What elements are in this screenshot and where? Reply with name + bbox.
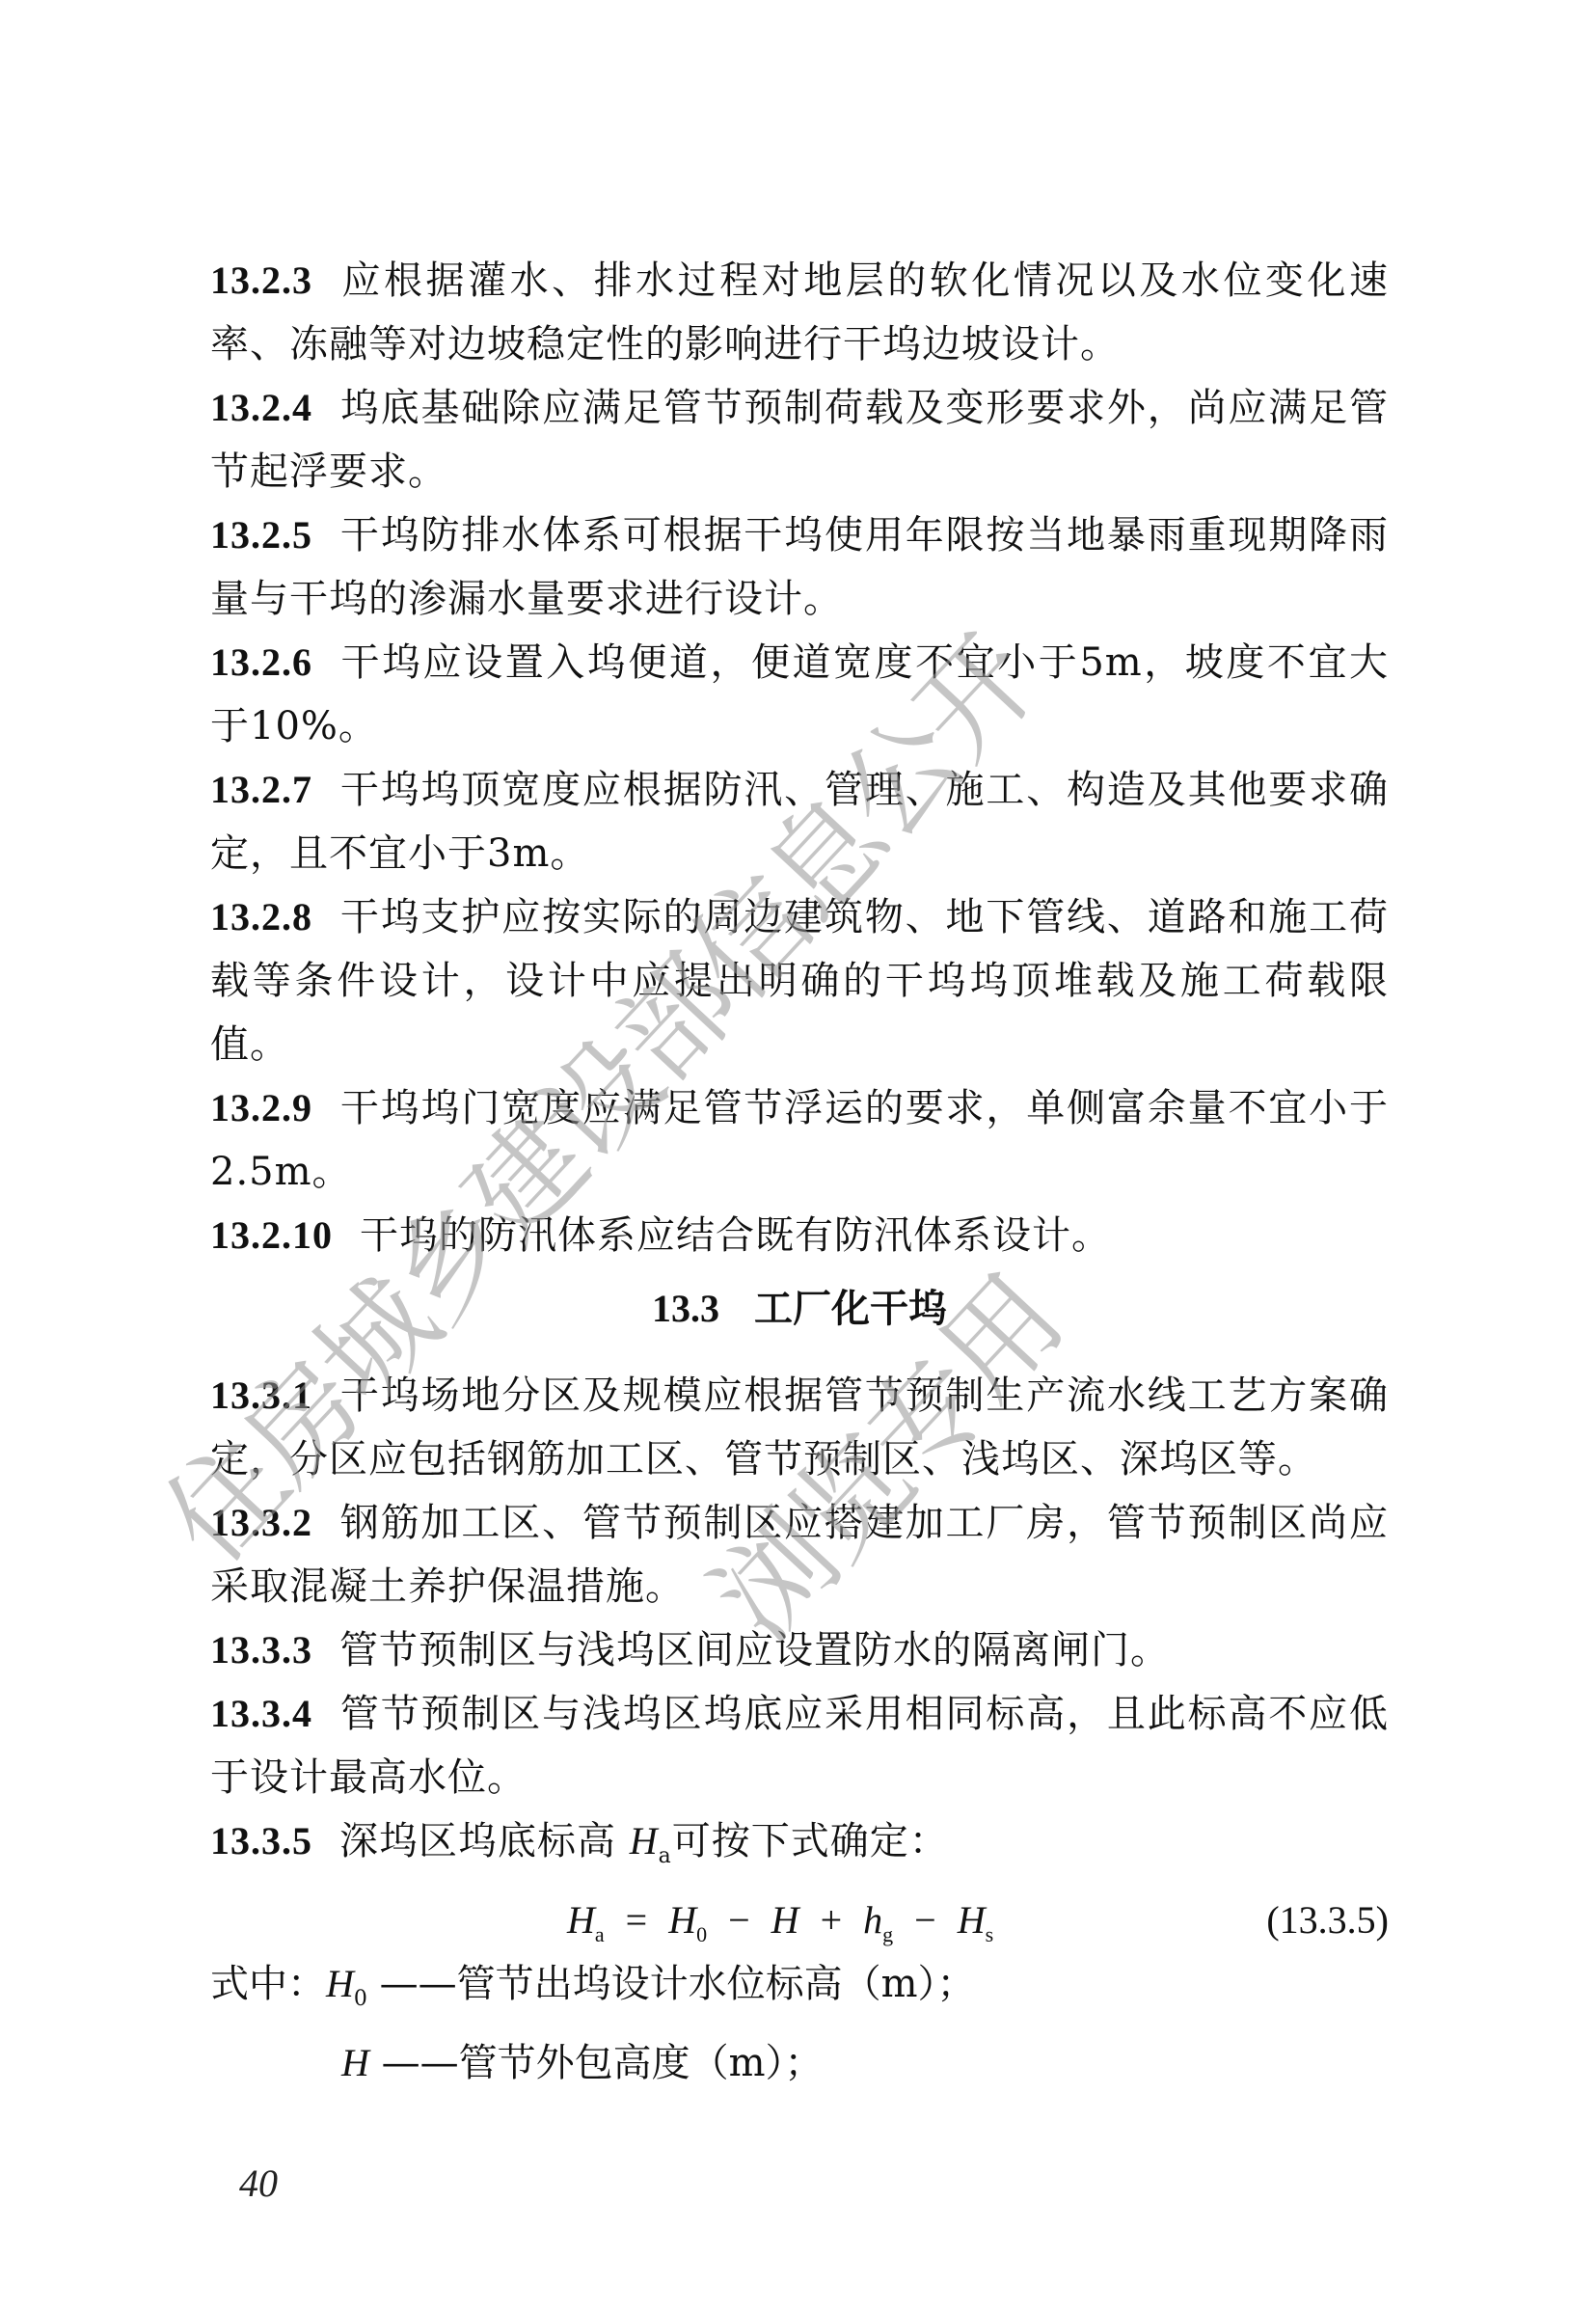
- where-item: H ——管节外包高度（m）；: [210, 2031, 1389, 2095]
- where-dash: ——: [382, 2041, 459, 2085]
- clause-13-2-9: 13.2.9干坞坞门宽度应满足管节浮运的要求，单侧富余量不宜小于2.5m。: [210, 1076, 1389, 1204]
- clause-text: 干坞应设置入坞便道，便道宽度不宜小于5m，坡度不宜大于10%。: [210, 640, 1389, 748]
- clause-number: 13.3.2: [210, 1501, 312, 1544]
- clause-13-2-5: 13.2.5干坞防排水体系可根据干坞使用年限按当地暴雨重现期降雨量与干坞的渗漏水…: [210, 503, 1389, 631]
- clause-number: 13.2.10: [210, 1213, 333, 1257]
- variable-subscript: a: [659, 1844, 672, 1868]
- formula-var: H: [668, 1898, 696, 1942]
- where-dash: ——: [380, 1962, 457, 2006]
- formula: Ha = H0 − H + hg − Hs: [567, 1889, 993, 1967]
- formula-sub: s: [986, 1922, 994, 1946]
- where-prefix: 式中：: [210, 1962, 326, 2006]
- clause-text: 可按下式确定：: [672, 1819, 949, 1863]
- section-number: 13.3: [652, 1287, 719, 1330]
- section-title: 工厂化干坞: [754, 1286, 947, 1331]
- formula-var: H: [771, 1898, 799, 1942]
- document-page: 13.2.3应根据灌水、排水过程对地层的软化情况以及水位变化速率、冻融等对边坡稳…: [0, 0, 1596, 2311]
- clause-13-2-4: 13.2.4坞底基础除应满足管节预制荷载及变形要求外，尚应满足管节起浮要求。: [210, 376, 1389, 503]
- clause-text: 干坞支护应按实际的周边建筑物、地下管线、道路和施工荷载等条件设计，设计中应提出明…: [210, 895, 1389, 1067]
- clause-number: 13.2.8: [210, 895, 312, 938]
- equation-13-3-5: Ha = H0 − H + hg − Hs (13.3.5): [210, 1889, 1389, 1952]
- clause-text: 干坞场地分区及规模应根据管节预制生产流水线工艺方案确定，分区应包括钢筋加工区、管…: [210, 1373, 1389, 1482]
- clause-number: 13.3.5: [210, 1819, 312, 1862]
- minus-sign: −: [728, 1898, 750, 1942]
- clause-13-2-3: 13.2.3应根据灌水、排水过程对地层的软化情况以及水位变化速率、冻融等对边坡稳…: [210, 249, 1389, 376]
- where-var: H: [341, 2041, 369, 2084]
- clause-13-3-5: 13.3.5深坞区坞底标高 Ha可按下式确定：: [210, 1809, 1389, 1889]
- clause-13-3-4: 13.3.4管节预制区与浅坞区坞底应采用相同标高，且此标高不应低于设计最高水位。: [210, 1682, 1389, 1809]
- clause-text: 应根据灌水、排水过程对地层的软化情况以及水位变化速率、冻融等对边坡稳定性的影响进…: [210, 258, 1389, 367]
- clause-number: 13.3.3: [210, 1628, 312, 1672]
- clause-13-2-7: 13.2.7干坞坞顶宽度应根据防汛、管理、施工、构造及其他要求确定，且不宜小于3…: [210, 758, 1389, 885]
- clause-text: 管节预制区与浅坞区坞底应采用相同标高，且此标高不应低于设计最高水位。: [210, 1692, 1389, 1800]
- page-content: 13.2.3应根据灌水、排水过程对地层的软化情况以及水位变化速率、冻融等对边坡稳…: [210, 249, 1389, 2095]
- formula-var: H: [958, 1898, 986, 1942]
- clause-text: 干坞防排水体系可根据干坞使用年限按当地暴雨重现期降雨量与干坞的渗漏水量要求进行设…: [210, 513, 1389, 621]
- equation-number: (13.3.5): [1266, 1889, 1389, 1952]
- formula-var: h: [863, 1898, 882, 1942]
- clause-13-2-10: 13.2.10干坞的防汛体系应结合既有防汛体系设计。: [210, 1204, 1389, 1267]
- where-sub: 0: [354, 1987, 367, 2011]
- clause-13-3-3: 13.3.3管节预制区与浅坞区间应设置防水的隔离闸门。: [210, 1618, 1389, 1682]
- clause-text: 干坞坞顶宽度应根据防汛、管理、施工、构造及其他要求确定，且不宜小于3m。: [210, 768, 1389, 876]
- minus-sign: −: [914, 1898, 936, 1942]
- where-var: H: [326, 1962, 354, 2005]
- clause-13-3-1: 13.3.1干坞场地分区及规模应根据管节预制生产流水线工艺方案确定，分区应包括钢…: [210, 1364, 1389, 1491]
- clause-number: 13.3.4: [210, 1692, 312, 1735]
- equals-sign: =: [626, 1898, 648, 1942]
- formula-var: H: [567, 1898, 595, 1942]
- section-heading: 13.3工厂化干坞: [210, 1277, 1389, 1341]
- clause-text: 干坞的防汛体系应结合既有防汛体系设计。: [360, 1213, 1111, 1258]
- formula-sub: a: [595, 1922, 605, 1946]
- where-desc: 管节出坞设计水位标高（m）；: [457, 1962, 976, 2006]
- clause-text: 坞底基础除应满足管节预制荷载及变形要求外，尚应满足管节起浮要求。: [210, 386, 1389, 494]
- formula-sub: g: [882, 1922, 893, 1946]
- clause-text: 管节预制区与浅坞区间应设置防水的隔离闸门。: [339, 1628, 1170, 1672]
- variable: H: [630, 1819, 659, 1862]
- clause-13-2-8: 13.2.8干坞支护应按实际的周边建筑物、地下管线、道路和施工荷载等条件设计，设…: [210, 885, 1389, 1076]
- clause-number: 13.2.4: [210, 386, 312, 429]
- clause-number: 13.2.3: [210, 258, 312, 302]
- clause-number: 13.2.6: [210, 640, 312, 684]
- clause-text: 深坞区坞底标高: [339, 1819, 616, 1863]
- where-desc: 管节外包高度（m）；: [459, 2041, 824, 2085]
- clause-number: 13.2.9: [210, 1086, 312, 1129]
- clause-number: 13.2.7: [210, 768, 312, 811]
- formula-sub: 0: [696, 1922, 707, 1946]
- clause-13-3-2: 13.3.2钢筋加工区、管节预制区应搭建加工厂房，管节预制区尚应采取混凝土养护保…: [210, 1491, 1389, 1618]
- clause-text: 钢筋加工区、管节预制区应搭建加工厂房，管节预制区尚应采取混凝土养护保温措施。: [210, 1501, 1389, 1609]
- clause-text: 干坞坞门宽度应满足管节浮运的要求，单侧富余量不宜小于2.5m。: [210, 1086, 1389, 1194]
- plus-sign: +: [821, 1898, 843, 1942]
- page-number: 40: [239, 2161, 278, 2206]
- clause-13-2-6: 13.2.6干坞应设置入坞便道，便道宽度不宜小于5m，坡度不宜大于10%。: [210, 631, 1389, 758]
- clause-number: 13.2.5: [210, 513, 312, 557]
- clause-number: 13.3.1: [210, 1373, 312, 1417]
